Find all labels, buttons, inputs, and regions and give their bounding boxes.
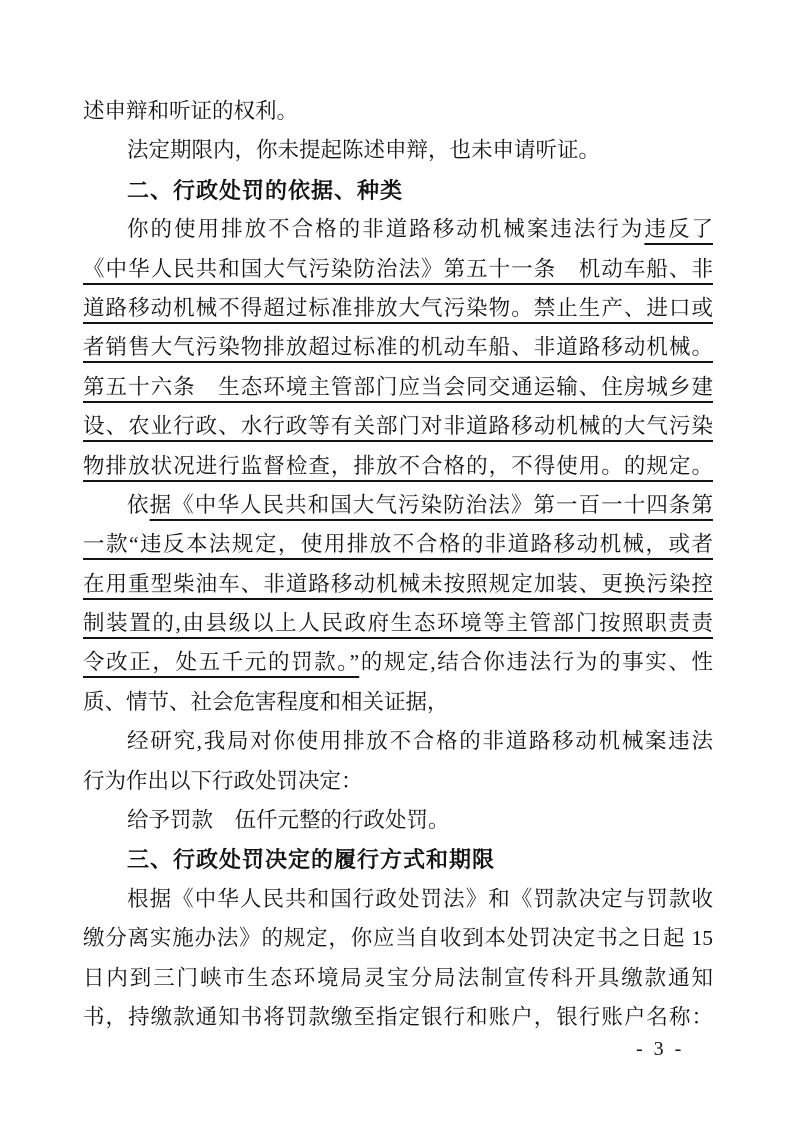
text-line: 第五十六条 生态环境主管部门应当会同交通运输、住房城乡建 (83, 368, 713, 407)
text-line: 《中华人民共和国大气污染防治法》第五十一条 机动车船、非 (83, 250, 713, 289)
text-segment: 给予罚款 伍仟元整的行政处罚。 (127, 808, 450, 832)
text-segment: 依 (127, 493, 150, 517)
text-segment: 根据《中华人民共和国行政处罚法》和《罚款决定与罚款收 (127, 887, 713, 911)
text-line: 经研究,我局对你使用排放不合格的非道路移动机械案违法 (83, 722, 713, 761)
text-line: 道路移动机械不得超过标准排放大气污染物。禁止生产、进口或 (83, 289, 713, 328)
text-line: 日内到三门峡市生态环境局灵宝分局法制宣传科开具缴款通知 (83, 959, 713, 998)
text-segment: 三、行政处罚决定的履行方式和期限 (127, 847, 495, 872)
text-line: 缴分离实施办法》的规定，你应当自收到本处罚决定书之日起 15 (83, 919, 713, 958)
underlined-text-segment: 第五十六条 生态环境主管部门应当会同交通运输、住房城乡建 (83, 375, 713, 399)
text-line: 给予罚款 伍仟元整的行政处罚。 (83, 801, 713, 840)
text-line: 设、农业行政、水行政等有关部门对非道路移动机械的大气污染 (83, 407, 713, 446)
text-line: 你的使用排放不合格的非道路移动机械案违法行为违反了 (83, 210, 713, 249)
underlined-text-segment: 设、农业行政、水行政等有关部门对非道路移动机械的大气污染 (83, 414, 713, 438)
text-line: 在用重型柴油车、非道路移动机械未按照规定加装、更换污染控 (83, 565, 713, 604)
section-heading: 三、行政处罚决定的履行方式和期限 (83, 840, 713, 879)
underlined-text-segment: 一款“违反本法规定，使用排放不合格的非道路移动机械，或者 (83, 532, 713, 556)
text-line: 质、情节、社会危害程度和相关证据， (83, 683, 713, 722)
text-line: 行为作出以下行政处罚决定： (83, 762, 713, 801)
text-line: 法定期限内，你未提起陈述申辩，也未申请听证。 (83, 131, 713, 170)
text-line: 述申辩和听证的权利。 (83, 92, 713, 131)
underlined-text-segment: 物排放状况进行监督检查，排放不合格的，不得使用。的规定。 (83, 454, 713, 478)
text-segment: 你的使用排放不合格的非道路移动机械案违法行为 (127, 217, 644, 241)
text-segment: 行为作出以下行政处罚决定： (83, 769, 363, 793)
underlined-text-segment: 者销售大气污染物排放超过标准的机动车船、非道路移动机械。 (83, 335, 713, 359)
document-body: 述申辩和听证的权利。法定期限内，你未提起陈述申辩，也未申请听证。二、行政处罚的依… (83, 92, 713, 1037)
underlined-text-segment: 在用重型柴油车、非道路移动机械未按照规定加装、更换污染控 (83, 572, 713, 596)
underlined-text-segment: 《中华人民共和国大气污染防治法》第五十一条 机动车船、非 (83, 257, 713, 281)
text-line: 物排放状况进行监督检查，排放不合格的，不得使用。的规定。 (83, 447, 713, 486)
text-segment: 二、行政处罚的依据、种类 (127, 178, 403, 203)
page-number: - 3 - (636, 1038, 684, 1061)
text-segment: 日内到三门峡市生态环境局灵宝分局法制宣传科开具缴款通知 (83, 966, 713, 990)
underlined-text-segment: 违反了 (644, 217, 713, 241)
text-line: 制装置的,由县级以上人民政府生态环境等主管部门按照职责责 (83, 604, 713, 643)
underlined-text-segment: 制装置的,由县级以上人民政府生态环境等主管部门按照职责责 (83, 611, 713, 635)
text-line: 书，持缴款通知书将罚款缴至指定银行和账户，银行账户名称： (83, 998, 713, 1037)
text-segment: 法定期限内，你未提起陈述申辩，也未申请听证。 (127, 138, 600, 162)
text-segment: 述申辩和听证的权利。 (83, 99, 298, 123)
text-segment: 的规定,结合你违法行为的事实、性 (359, 650, 713, 674)
document-page: 述申辩和听证的权利。法定期限内，你未提起陈述申辩，也未申请听证。二、行政处罚的依… (0, 0, 793, 1122)
underlined-text-segment: 令改正，处五千元的罚款。” (83, 650, 359, 674)
underlined-text-segment: 据《中华人民共和国大气污染防治法》第一百一十四条第 (150, 493, 713, 517)
text-segment: 书，持缴款通知书将罚款缴至指定银行和账户，银行账户名称： (83, 1005, 713, 1029)
section-heading: 二、行政处罚的依据、种类 (83, 171, 713, 210)
text-line: 一款“违反本法规定，使用排放不合格的非道路移动机械，或者 (83, 525, 713, 564)
text-segment: 缴分离实施办法》的规定，你应当自收到本处罚决定书之日起 15 (83, 926, 713, 950)
text-segment: 质、情节、社会危害程度和相关证据， (83, 690, 449, 714)
text-line: 根据《中华人民共和国行政处罚法》和《罚款决定与罚款收 (83, 880, 713, 919)
text-segment: 经研究,我局对你使用排放不合格的非道路移动机械案违法 (127, 729, 713, 753)
text-line: 依据《中华人民共和国大气污染防治法》第一百一十四条第 (83, 486, 713, 525)
text-line: 者销售大气污染物排放超过标准的机动车船、非道路移动机械。 (83, 328, 713, 367)
text-line: 令改正，处五千元的罚款。”的规定,结合你违法行为的事实、性 (83, 643, 713, 682)
underlined-text-segment: 道路移动机械不得超过标准排放大气污染物。禁止生产、进口或 (83, 296, 713, 320)
